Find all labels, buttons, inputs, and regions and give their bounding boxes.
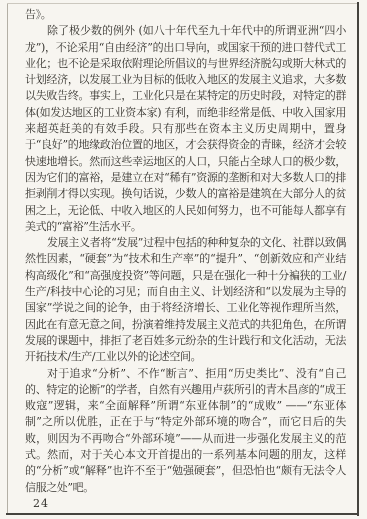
scan-edge-left [7,4,8,513]
page-text-block: 告》。 除了极少数的例外 (如八十年代至九十年代中的所谓亚洲“四小龙”)，不论采… [25,7,346,496]
paragraph-developmentalism-failures: 除了极少数的例外 (如八十年代至九十年代中的所谓亚洲“四小龙”)，不论采用“自由… [25,23,346,235]
scan-edge-bottom [6,513,359,515]
book-page: 告》。 除了极少数的例外 (如八十年代至九十年代中的所谓亚洲“四小龙”)，不论采… [0,0,367,519]
paragraph-developmentalist-paradigm: 发展主义者将“发展”过程中包括的种种复杂的文化、社群以致偶然性因素，“硬套”为“… [25,235,346,365]
paragraph-continuation: 告》。 [25,7,346,23]
scan-edge-right [357,2,359,516]
scan-edge-top [7,3,359,4]
page-number: 24 [33,497,49,510]
paragraph-east-asian-system: 对于追求“分析”、不作“断言”、拒用“历史类比”、没有“自己的、特定的论断”的学… [25,366,346,496]
